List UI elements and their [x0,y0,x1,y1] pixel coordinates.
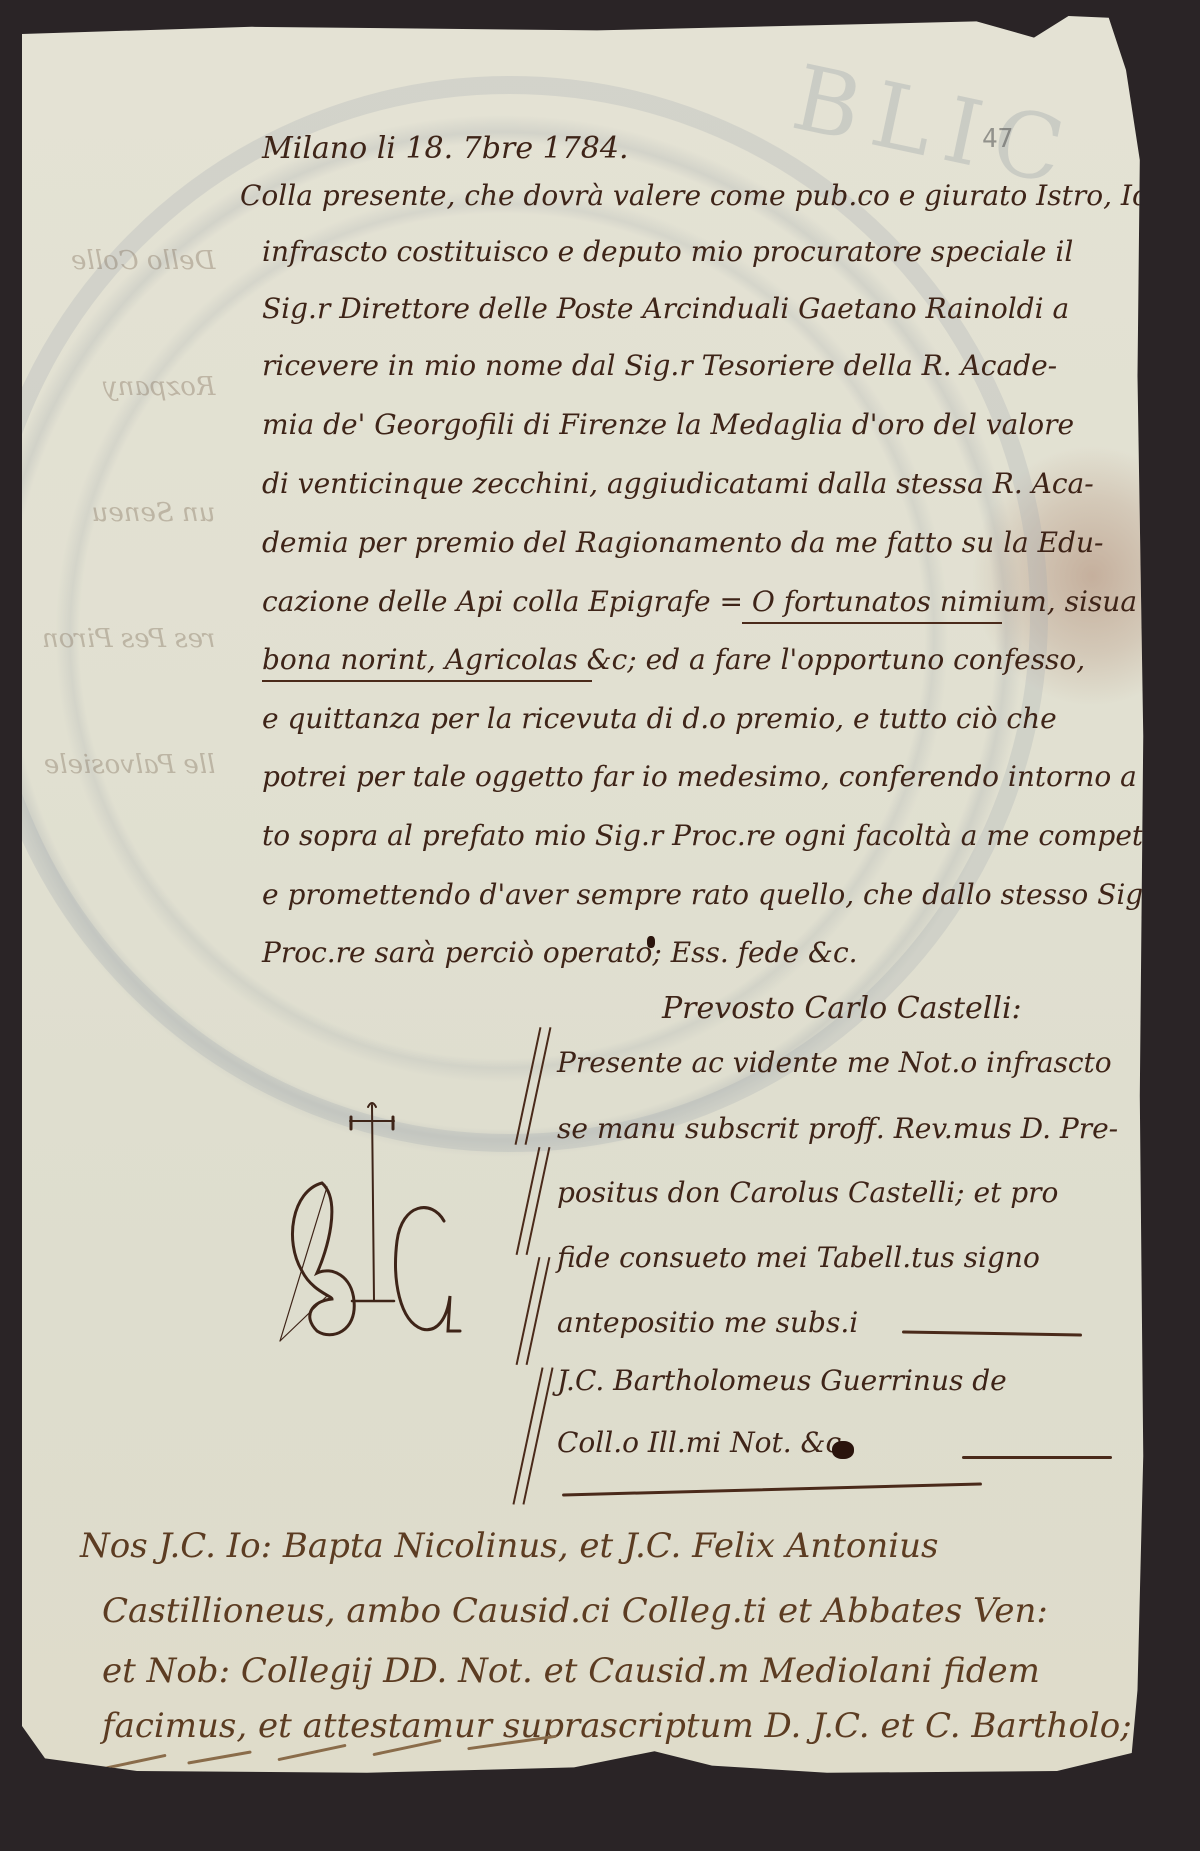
ink-dot [647,936,655,948]
signature-castelli: Prevosto Carlo Castelli: [662,991,1022,1026]
date-line: Milano li 18. 7bre 1784. [262,131,629,166]
body-line: to sopra al prefato mio Sig.r Proc.re og… [262,819,1200,852]
bracket-mark [526,1147,551,1255]
attestation-line: se manu subscrit proff. Rev.mus D. Pre- [557,1112,1118,1145]
line-filler-flourish [187,1750,252,1764]
body-line: Sig.r Direttore delle Poste Arcinduali G… [262,292,1069,325]
line-filler-flourish [902,1330,1082,1336]
attestation-line: Coll.o Ill.mi Not. &c. [557,1426,850,1459]
body-line: Proc.re sarà perciò operato; Ess. fede &… [262,936,858,969]
body-line: demia per premio del Ragionamento da me … [262,526,1103,559]
showthrough-line: Rozpany [42,366,215,408]
notary-monogram-text: cross above monogram [272,1091,281,1092]
attestation-line: antepositio me subs.i [557,1306,858,1339]
body-line: di venticinque zecchini, aggiudicatami d… [262,467,1094,500]
body-line: bona norint, Agricolas &c; ed a fare l'o… [262,643,1085,676]
body-line: Colla presente, che dovrà valere come pu… [240,179,1149,212]
latin-certification-line: Nos J.C. Io: Bapta Nicolinus, et J.C. Fe… [80,1526,938,1566]
showthrough-text-left: Dello Colle Rozpany un Seneu res Pes Pir… [42,156,215,870]
manuscript-page: BLIC Dello Colle Rozpany un Seneu res Pe… [22,16,1172,1816]
line-filler-flourish [97,1754,166,1771]
closing-flourish [562,1483,982,1497]
body-line: cazione delle Api colla Epigrafe = O for… [262,585,1137,618]
ink-blot [832,1441,854,1459]
latin-certification-line: Castillioneus, ambo Causid.ci Colleg.ti … [102,1591,1048,1631]
epigraph-underline [262,680,592,682]
folio-number: 47 [982,124,1013,154]
body-line: mia de' Georgofili di Firenze la Medagli… [262,408,1074,441]
line-filler-flourish [277,1744,346,1761]
epigraph-underline [742,622,1002,624]
attestation-line: J.C. Bartholomeus Guerrinus de [557,1364,1007,1397]
latin-certification-line: facimus, et attestamur suprascriptum D. … [102,1706,1132,1746]
scanned-document: BLIC Dello Colle Rozpany un Seneu res Pe… [0,0,1200,1851]
bracket-mark [526,1257,551,1365]
body-line: e promettendo d'aver sempre rato quello,… [262,878,1166,911]
body-line: ricevere in mio nome dal Sig.r Tesoriere… [262,349,1057,382]
showthrough-line: res Pes Piron [42,618,215,660]
attestation-line: Presente ac vidente me Not.o infrascto [557,1046,1112,1079]
attestation-line: fide consueto mei Tabell.tus signo [557,1241,1040,1274]
latin-certification-line: et Nob: Collegij DD. Not. et Causid.m Me… [102,1651,1040,1691]
notarial-sign-cross-monogram-icon: cross above monogram [272,1091,472,1351]
showthrough-line: Dello Colle [42,240,215,282]
showthrough-line: un Seneu [42,492,215,534]
attestation-line: positus don Carolus Castelli; et pro [557,1176,1058,1209]
showthrough-line: lle Palvosiele [42,744,215,786]
body-line: infrascto costituisco e deputo mio procu… [262,235,1073,268]
body-line: e quittanza per la ricevuta di d.o premi… [262,702,1057,735]
body-line: potrei per tale oggetto far io medesimo,… [262,760,1200,793]
line-filler-flourish [962,1456,1112,1459]
